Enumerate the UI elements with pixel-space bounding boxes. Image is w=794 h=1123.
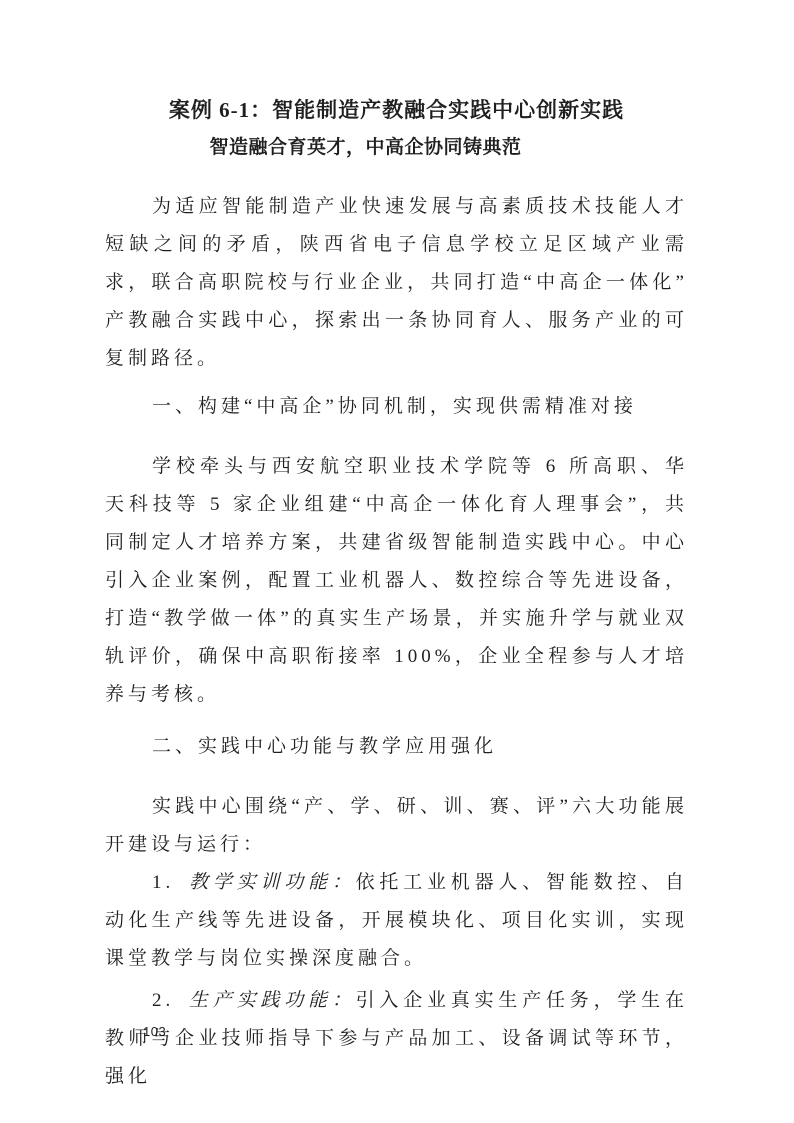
page-number: 103 bbox=[143, 1024, 166, 1040]
document-page: 案例 6-1：智能制造产教融合实践中心创新实践 智造融合育英才，中高企协同铸典范… bbox=[0, 0, 794, 1123]
section-heading-2: 二、实践中心功能与教学应用强化 bbox=[105, 728, 688, 766]
list-item-lead: 教学实训功能： bbox=[188, 872, 355, 893]
list-item-lead: 生产实践功能： bbox=[188, 990, 355, 1011]
section-heading-1: 一、构建“中高企”协同机制，实现供需精准对接 bbox=[105, 388, 688, 426]
document-subtitle: 智造融合育英才，中高企协同铸典范 bbox=[105, 133, 688, 163]
paragraph-intro: 为适应智能制造产业快速发展与高素质技术技能人才短缺之间的矛盾，陕西省电子信息学校… bbox=[105, 188, 688, 378]
document-content: 案例 6-1：智能制造产教融合实践中心创新实践 智造融合育英才，中高企协同铸典范… bbox=[0, 0, 794, 1096]
list-item-number: 2. bbox=[152, 990, 174, 1011]
paragraph-section-1: 学校牵头与西安航空职业技术学院等 6 所高职、华天科技等 5 家企业组建“中高企… bbox=[105, 448, 688, 714]
list-item-number: 1. bbox=[152, 872, 174, 893]
list-item-2: 2.生产实践功能：引入企业真实生产任务，学生在教师与企业技师指导下参与产品加工、… bbox=[105, 982, 688, 1096]
list-item-1: 1.教学实训功能：依托工业机器人、智能数控、自动化生产线等先进设备，开展模块化、… bbox=[105, 864, 688, 978]
paragraph-section-2: 实践中心围绕“产、学、研、训、赛、评”六大功能展开建设与运行： bbox=[105, 788, 688, 864]
document-title: 案例 6-1：智能制造产教融合实践中心创新实践 bbox=[105, 95, 688, 125]
